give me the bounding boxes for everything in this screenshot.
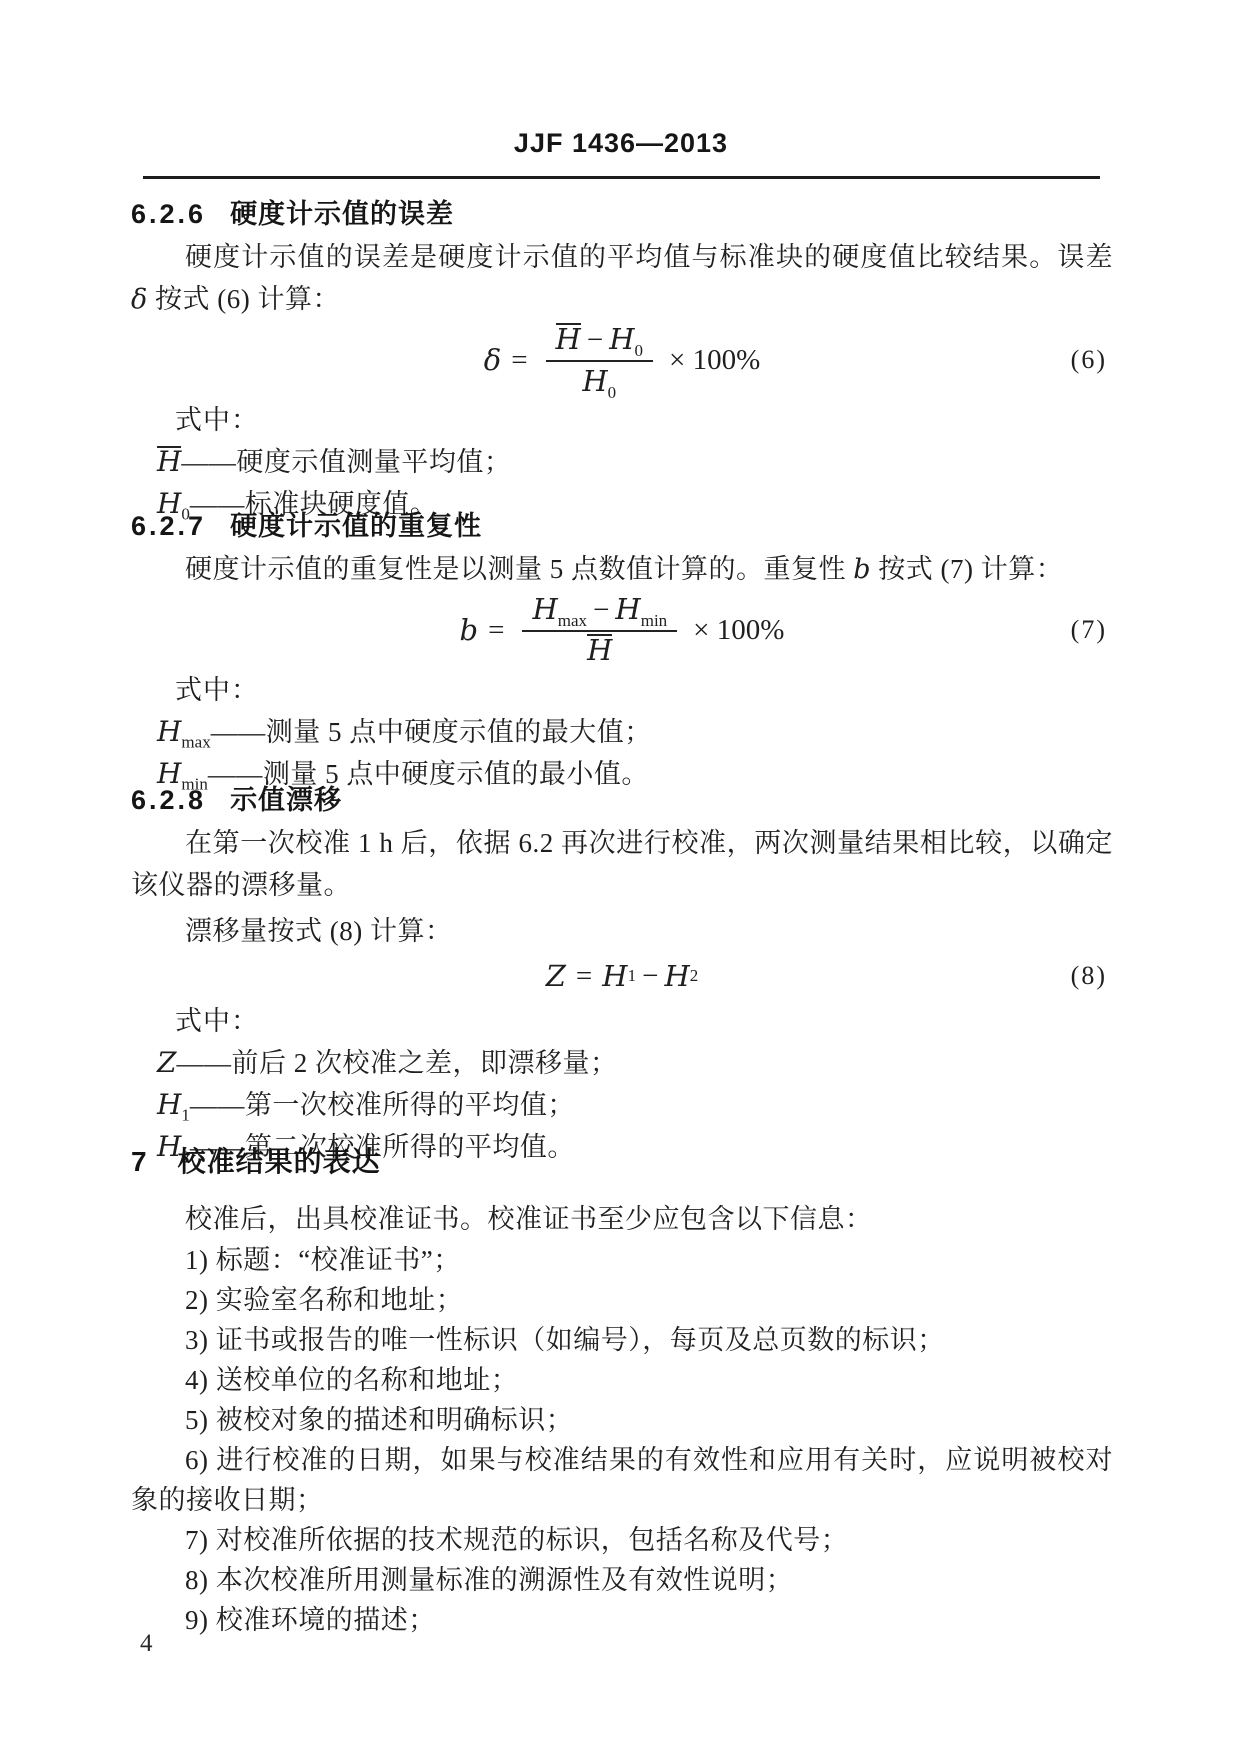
certificate-info-item: 9) 校准环境的描述； — [131, 1600, 1113, 1640]
clause-number: 6.2.6 — [131, 199, 206, 229]
formula-6-fraction: H−H0 H0 — [546, 322, 653, 399]
clause-heading: 6.2.8示值漂移 — [131, 782, 1113, 818]
equation-number: (6) — [1071, 345, 1107, 375]
where-label: 式中： — [131, 669, 1113, 711]
clause-title: 示值漂移 — [230, 785, 342, 815]
section-6-2-7: 6.2.7硬度计示值的重复性 硬度计示值的重复性是以测量 5 点数值计算的。重复… — [131, 508, 1113, 795]
formula-7-lhs: b — [460, 613, 479, 647]
formula-8-lhs: Z — [546, 959, 566, 993]
section-number: 7 — [131, 1146, 148, 1177]
clause-paragraph: 在第一次校准 1 h 后，依据 6.2 再次进行校准，两次测量结果相比较，以确定… — [131, 822, 1113, 906]
equation-number: (7) — [1071, 615, 1107, 645]
fraction-denominator: H0 — [582, 362, 616, 399]
section-heading: 7校准结果的表达 — [131, 1142, 1113, 1182]
clause-heading: 6.2.7硬度计示值的重复性 — [131, 508, 1113, 544]
h-bar-symbol: H — [587, 634, 612, 666]
formula-8: Z = H1 − H2 (8) — [131, 952, 1113, 1000]
inline-symbol-b: b — [853, 554, 871, 585]
formula-6: δ = H−H0 H0 × 100% (6) — [131, 321, 1113, 399]
clause-number: 6.2.7 — [131, 511, 206, 541]
certificate-info-item: 7) 对校准所依据的技术规范的标识，包括名称及代号； — [131, 1520, 1113, 1560]
certificate-info-item: 6) 进行校准的日期，如果与校准结果的有效性和应用有关时，应说明被校对象的接收日… — [131, 1440, 1113, 1520]
formula-6-lhs: δ — [484, 343, 501, 377]
formula-7-multiplier: × 100% — [693, 614, 784, 647]
clause-paragraph: 漂移量按式 (8) 计算： — [131, 910, 1113, 952]
clause-title: 硬度计示值的重复性 — [230, 511, 482, 541]
clause-number: 6.2.8 — [131, 785, 206, 815]
section-title: 校准结果的表达 — [178, 1146, 381, 1177]
document-page: JJF 1436—2013 6.2.6硬度计示值的误差 硬度计示值的误差是硬度计… — [0, 0, 1242, 1756]
certificate-info-item: 3) 证书或报告的唯一性标识（如编号），每页及总页数的标识； — [131, 1320, 1113, 1360]
equation-number: (8) — [1071, 961, 1107, 991]
formula-6-multiplier: × 100% — [669, 344, 760, 377]
where-label: 式中： — [131, 1000, 1113, 1042]
page-number: 4 — [140, 1630, 153, 1658]
section-6-2-6: 6.2.6硬度计示值的误差 硬度计示值的误差是硬度计示值的平均值与标准块的硬度值… — [131, 196, 1113, 525]
formula-7: b = Hmax−Hmin H × 100% (7) — [131, 591, 1113, 669]
h-bar-symbol: H — [157, 446, 181, 477]
clause-paragraph: 硬度计示值的误差是硬度计示值的平均值与标准块的硬度值比较结果。误差 δ 按式 (… — [131, 236, 1113, 321]
certificate-info-item: 8) 本次校准所用测量标准的溯源性及有效性说明； — [131, 1560, 1113, 1600]
where-label: 式中： — [131, 399, 1113, 441]
certificate-info-item: 1) 标题：“校准证书”； — [131, 1240, 1113, 1280]
clause-paragraph: 硬度计示值的重复性是以测量 5 点数值计算的。重复性 b 按式 (7) 计算： — [131, 548, 1113, 591]
section-paragraph: 校准后，出具校准证书。校准证书至少应包含以下信息： — [131, 1198, 1113, 1240]
symbol-definition-row: H——硬度示值测量平均值； — [131, 441, 1113, 483]
inline-symbol-delta: δ — [131, 284, 148, 315]
certificate-info-item: 2) 实验室名称和地址； — [131, 1280, 1113, 1320]
section-7: 7校准结果的表达 校准后，出具校准证书。校准证书至少应包含以下信息： 1) 标题… — [131, 1142, 1113, 1640]
symbol-definition-row: H1——第一次校准所得的平均值； — [131, 1084, 1113, 1126]
fraction-denominator: H — [587, 632, 612, 668]
section-6-2-8: 6.2.8示值漂移 在第一次校准 1 h 后，依据 6.2 再次进行校准，两次测… — [131, 782, 1113, 1168]
formula-7-fraction: Hmax−Hmin H — [522, 592, 677, 668]
h-bar-symbol: H — [556, 323, 581, 355]
clause-title: 硬度计示值的误差 — [230, 199, 454, 229]
symbol-definition-row: Hmax——测量 5 点中硬度示值的最大值； — [131, 711, 1113, 753]
document-header-code: JJF 1436—2013 — [0, 128, 1242, 159]
symbol-definition-row: Z——前后 2 次校准之差，即漂移量； — [131, 1042, 1113, 1084]
certificate-info-item: 5) 被校对象的描述和明确标识； — [131, 1400, 1113, 1440]
header-rule — [143, 176, 1100, 179]
fraction-numerator: Hmax−Hmin — [522, 592, 677, 632]
fraction-numerator: H−H0 — [546, 322, 653, 362]
certificate-info-item: 4) 送校单位的名称和地址； — [131, 1360, 1113, 1400]
clause-heading: 6.2.6硬度计示值的误差 — [131, 196, 1113, 232]
